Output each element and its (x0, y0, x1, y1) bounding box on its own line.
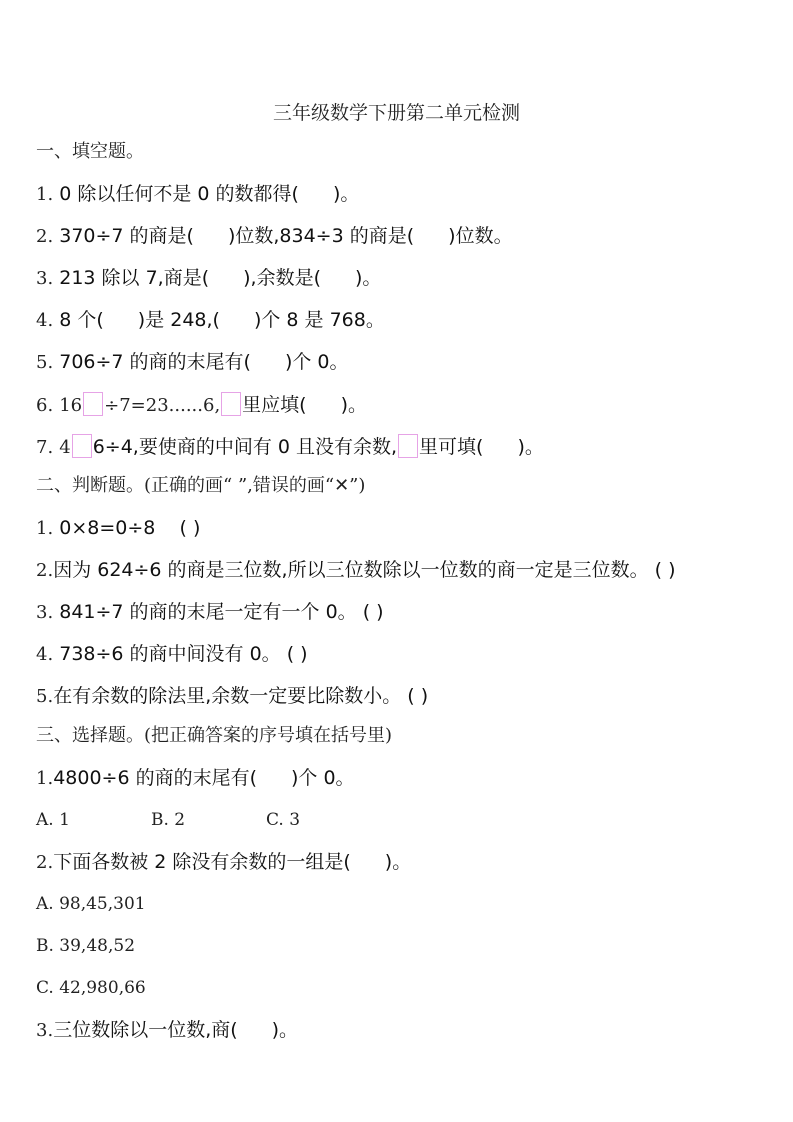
item-text: 里应填( (242, 394, 306, 416)
tf-item-5: 5.在有余数的除法里,余数一定要比除数小。 ( ) (36, 684, 428, 709)
item-text: ÷7=23......6, (104, 395, 220, 416)
item-text: 841÷7 的商的末尾一定有一个 0。 (59, 601, 356, 623)
item-text: 738÷6 的商中间没有 0。 (59, 643, 280, 665)
tf-item-3: 3. 841÷7 的商的末尾一定有一个 0。 ( ) (36, 600, 384, 625)
item-text: 16 (59, 395, 82, 416)
fill-item-6: 6. 16÷7=23......6,里应填()。 (36, 392, 367, 418)
option-b[interactable]: B. 39,48,52 (36, 934, 135, 958)
option-b[interactable]: B. 2 (151, 808, 266, 832)
item-number: 3. (36, 268, 53, 289)
tf-item-1: 1. 0×8=0÷8 ( ) (36, 516, 200, 541)
item-text: )个 8 是 768。 (254, 309, 385, 331)
worksheet-page: 三年级数学下册第二单元检测 一、填空题。 1. 0 除以任何不是 0 的数都得(… (0, 0, 793, 1122)
item-text: 4800÷6 的商的末尾有( (53, 767, 257, 789)
digit-box[interactable] (72, 434, 92, 458)
item-text: 三位数除以一位数,商( (53, 1019, 237, 1041)
item-text: 370÷7 的商是( (59, 225, 194, 247)
item-number: 3. (36, 602, 53, 623)
item-number: 2. (36, 560, 53, 581)
option-c[interactable]: C. 3 (266, 808, 381, 832)
answer-bracket[interactable]: ( ) (407, 685, 428, 707)
item-number: 4. (36, 644, 53, 665)
fill-item-3: 3. 213 除以 7,商是(),余数是()。 (36, 266, 381, 291)
answer-bracket[interactable]: ( ) (180, 517, 201, 539)
item-number: 7. (36, 437, 53, 458)
item-text: ),余数是( (243, 267, 321, 289)
item-text: 8 个( (59, 309, 104, 331)
item-text: )位数,834÷3 的商是( (228, 225, 414, 247)
item-number: 5. (36, 352, 53, 373)
item-text: )。 (333, 183, 359, 205)
section-heading-fill-blank: 一、填空题。 (36, 140, 144, 164)
digit-box[interactable] (398, 434, 418, 458)
item-number: 1. (36, 184, 53, 205)
section-heading-true-false: 二、判断题。(正确的画“ ”,错误的画“✕”) (36, 474, 365, 498)
item-text: )。 (385, 851, 411, 873)
item-text: 0×8=0÷8 (59, 517, 155, 539)
tf-item-4: 4. 738÷6 的商中间没有 0。 ( ) (36, 642, 308, 667)
item-text: 下面各数被 2 除没有余数的一组是( (53, 851, 351, 873)
item-number: 1. (36, 518, 53, 539)
item-number: 3. (36, 1020, 53, 1041)
item-text: )是 248,( (138, 309, 220, 331)
item-text: )。 (272, 1019, 298, 1041)
answer-bracket[interactable]: ( ) (363, 601, 384, 623)
answer-bracket[interactable]: ( ) (655, 559, 676, 581)
item-number: 2. (36, 852, 53, 873)
item-text: 0 除以任何不是 0 的数都得( (59, 183, 299, 205)
item-number: 6. (36, 395, 53, 416)
item-text: 4 (59, 437, 70, 458)
fill-item-4: 4. 8 个()是 248,()个 8 是 768。 (36, 308, 385, 333)
tf-item-2: 2.因为 624÷6 的商是三位数,所以三位数除以一位数的商一定是三位数。 ( … (36, 558, 676, 583)
mc-item-3: 3.三位数除以一位数,商()。 (36, 1018, 298, 1043)
item-text: )个 0。 (291, 767, 355, 789)
fill-item-7: 7. 46÷4,要使商的中间有 0 且没有余数,里可填()。 (36, 434, 544, 460)
item-text: 在有余数的除法里,余数一定要比除数小。 (53, 685, 401, 707)
page-title: 三年级数学下册第二单元检测 (0, 98, 793, 125)
item-text: 里可填( (419, 436, 483, 458)
mc-item-1-options: A. 1B. 2C. 3 (36, 808, 381, 832)
fill-item-1: 1. 0 除以任何不是 0 的数都得()。 (36, 182, 359, 207)
item-text: 因为 624÷6 的商是三位数,所以三位数除以一位数的商一定是三位数。 (53, 559, 648, 581)
section-heading-multiple-choice: 三、选择题。(把正确答案的序号填在括号里) (36, 724, 392, 748)
item-number: 5. (36, 686, 53, 707)
fill-item-2: 2. 370÷7 的商是()位数,834÷3 的商是()位数。 (36, 224, 513, 249)
item-text: )。 (517, 436, 543, 458)
item-text: 213 除以 7,商是( (59, 267, 209, 289)
answer-bracket[interactable]: ( ) (287, 643, 308, 665)
item-number: 1. (36, 768, 53, 789)
item-text: )位数。 (448, 225, 512, 247)
fill-item-5: 5. 706÷7 的商的末尾有()个 0。 (36, 350, 349, 375)
item-text: )个 0。 (285, 351, 349, 373)
item-number: 4. (36, 310, 53, 331)
item-number: 2. (36, 226, 53, 247)
option-a[interactable]: A. 98,45,301 (36, 892, 146, 916)
item-text: )。 (355, 267, 381, 289)
option-c[interactable]: C. 42,980,66 (36, 976, 146, 1000)
digit-box[interactable] (83, 392, 103, 416)
item-text: 706÷7 的商的末尾有( (59, 351, 251, 373)
item-text: )。 (341, 394, 367, 416)
option-a[interactable]: A. 1 (36, 808, 151, 832)
mc-item-1: 1.4800÷6 的商的末尾有()个 0。 (36, 766, 355, 791)
mc-item-2: 2.下面各数被 2 除没有余数的一组是()。 (36, 850, 411, 875)
digit-box[interactable] (221, 392, 241, 416)
item-text: 6÷4,要使商的中间有 0 且没有余数, (93, 436, 397, 458)
